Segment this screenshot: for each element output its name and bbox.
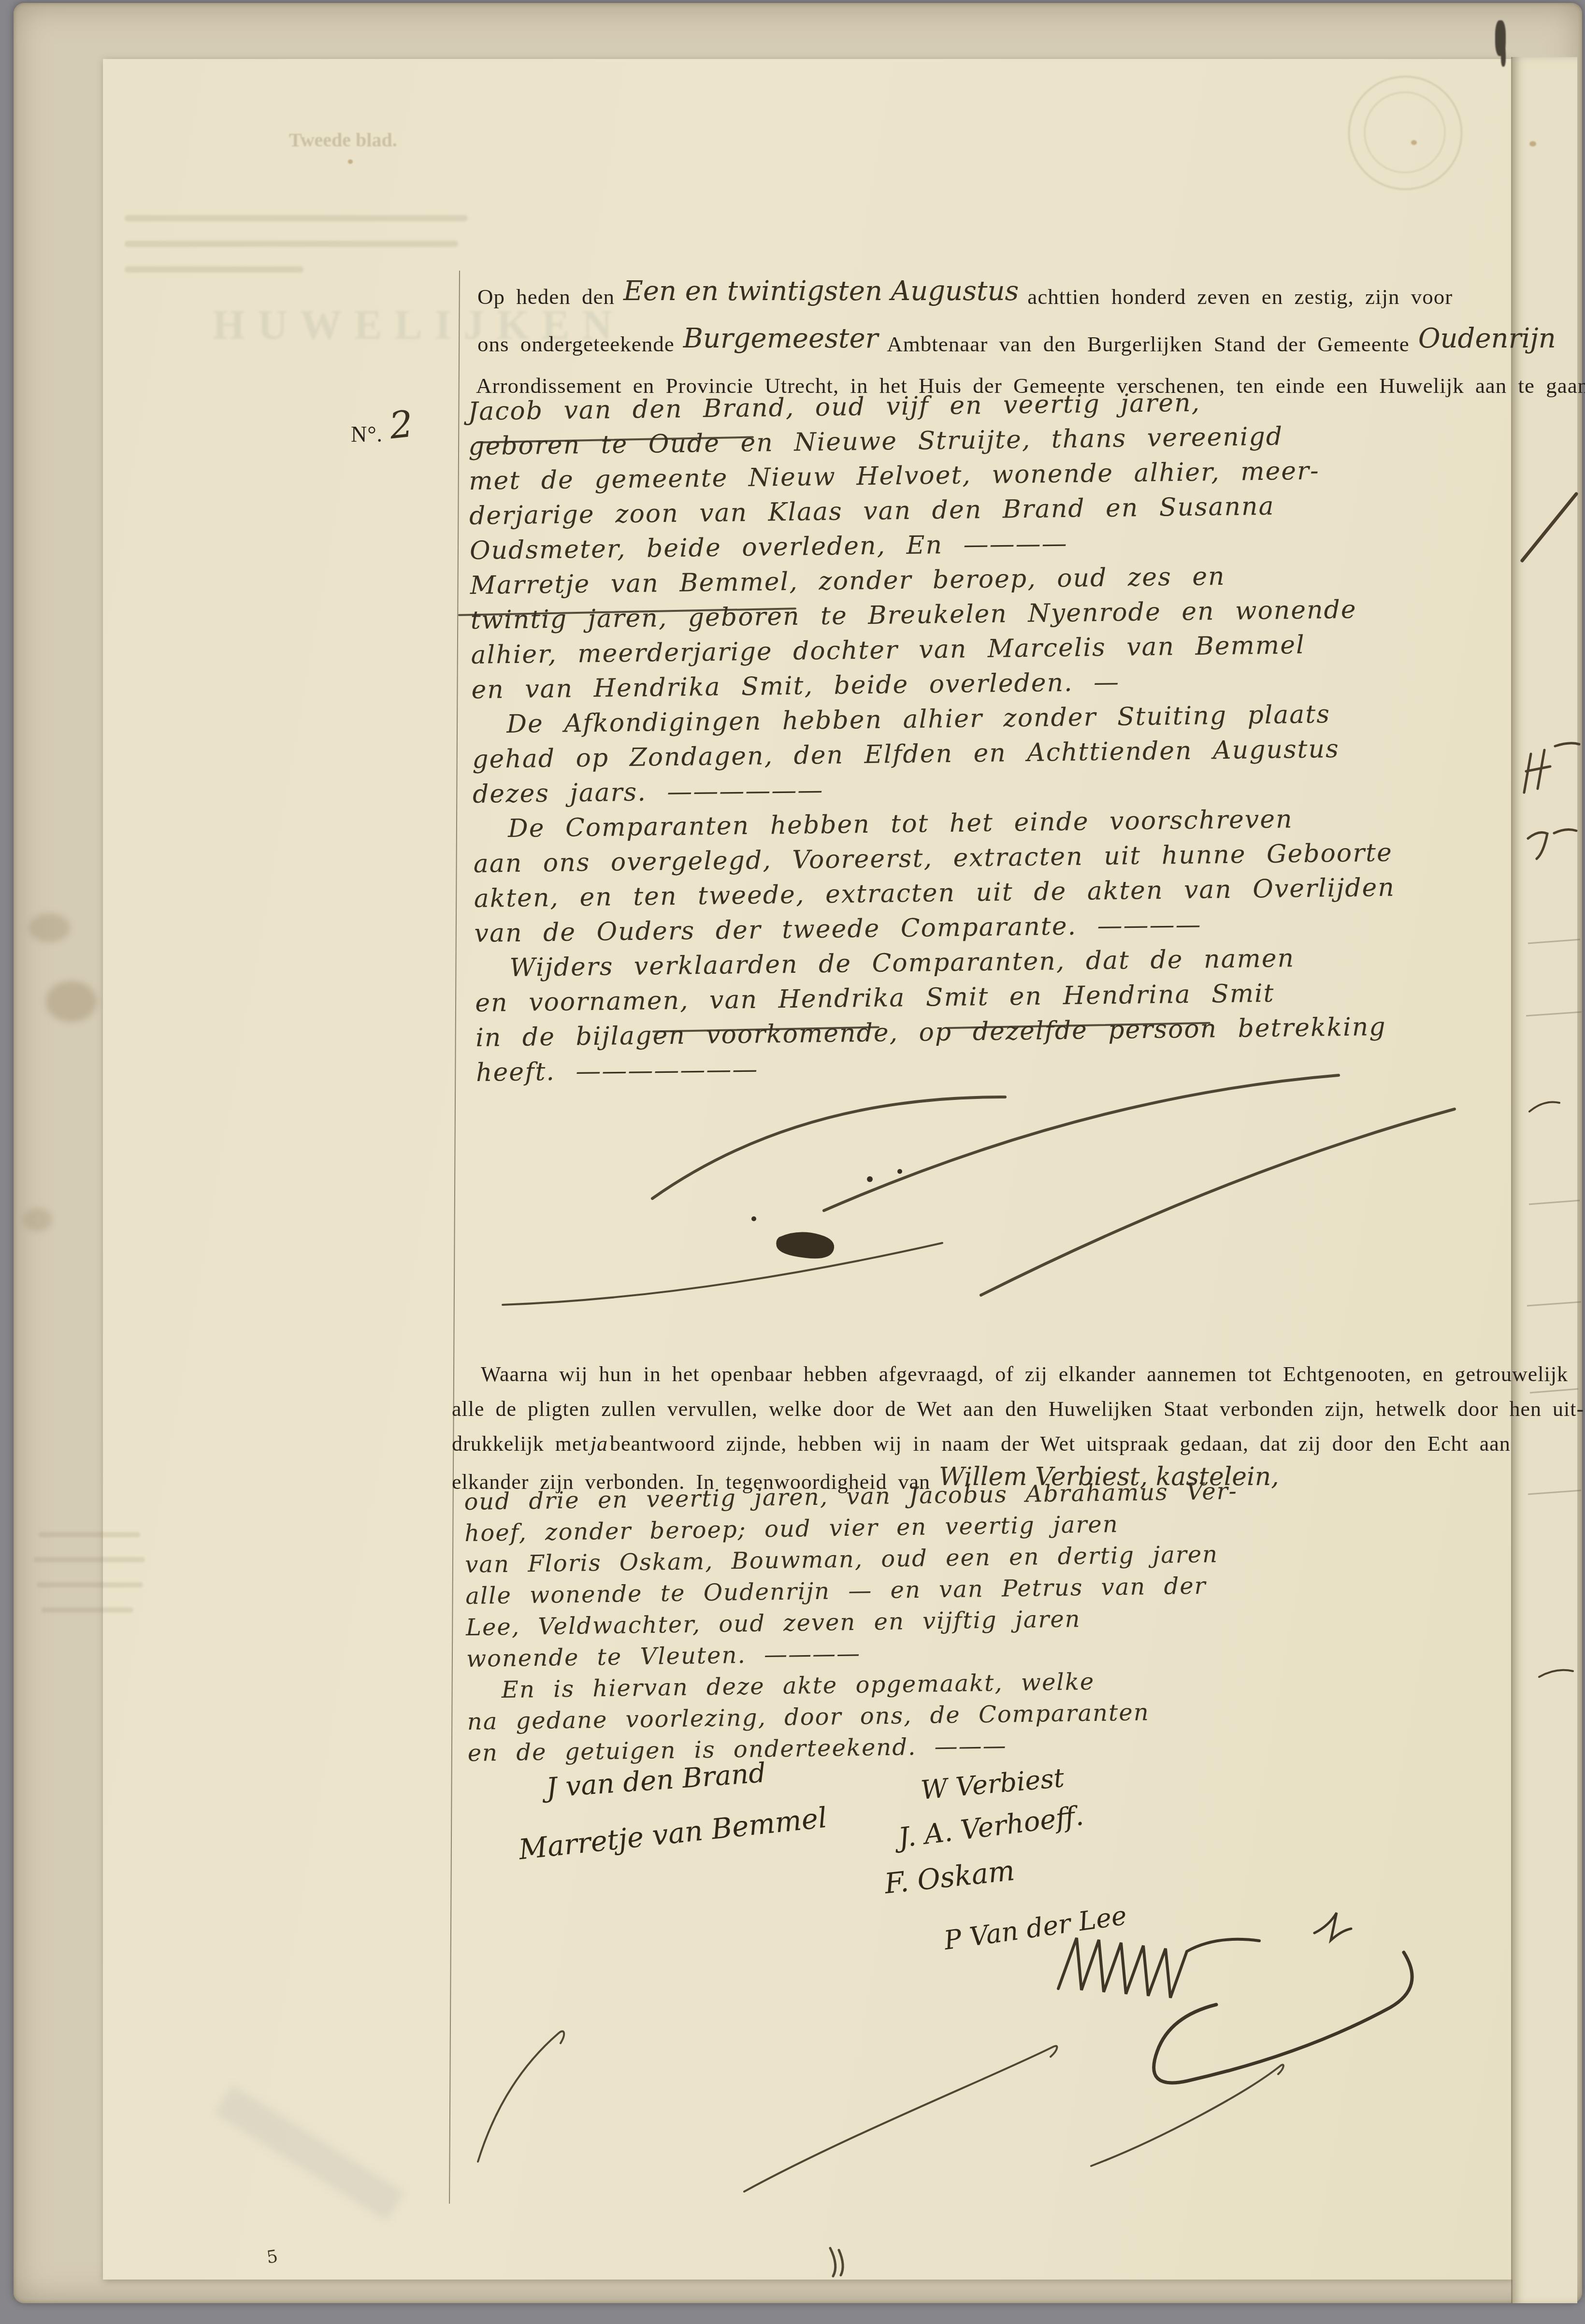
facing-page-faint-line <box>1526 1012 1582 1016</box>
facing-page-faint-line <box>1530 1389 1578 1393</box>
facing-page-stroke <box>1528 829 1576 859</box>
flourish-stroke <box>503 1243 942 1305</box>
flourish-stroke <box>824 1075 1339 1211</box>
pen-stroke <box>744 2046 1057 2192</box>
facing-page-stroke <box>1529 1102 1559 1111</box>
facing-page-faint-line <box>1528 939 1580 943</box>
official-signature-flourish <box>1058 1938 1259 1998</box>
facing-page-stroke <box>1539 1670 1573 1677</box>
facing-page-stroke <box>1522 494 1576 561</box>
facing-page-faint-line <box>1527 1302 1581 1306</box>
pen-stroke <box>478 2031 564 2162</box>
facing-page-faint-line <box>1528 1490 1581 1494</box>
flourish-stroke <box>652 1097 1005 1198</box>
bottom-scribble <box>830 2248 843 2276</box>
ink-blot <box>776 1232 834 1259</box>
official-signature-flourish <box>1314 1913 1351 1940</box>
ink-speck <box>897 1169 902 1174</box>
facing-page-faint-line <box>1529 1200 1580 1204</box>
pen-flourishes-overlay <box>0 0 1585 2324</box>
flourish-stroke <box>981 1109 1455 1295</box>
facing-page-stroke <box>1524 743 1579 793</box>
ink-speck <box>751 1216 756 1221</box>
official-signature-flourish <box>1154 1952 1412 2083</box>
ink-speck <box>867 1176 873 1182</box>
